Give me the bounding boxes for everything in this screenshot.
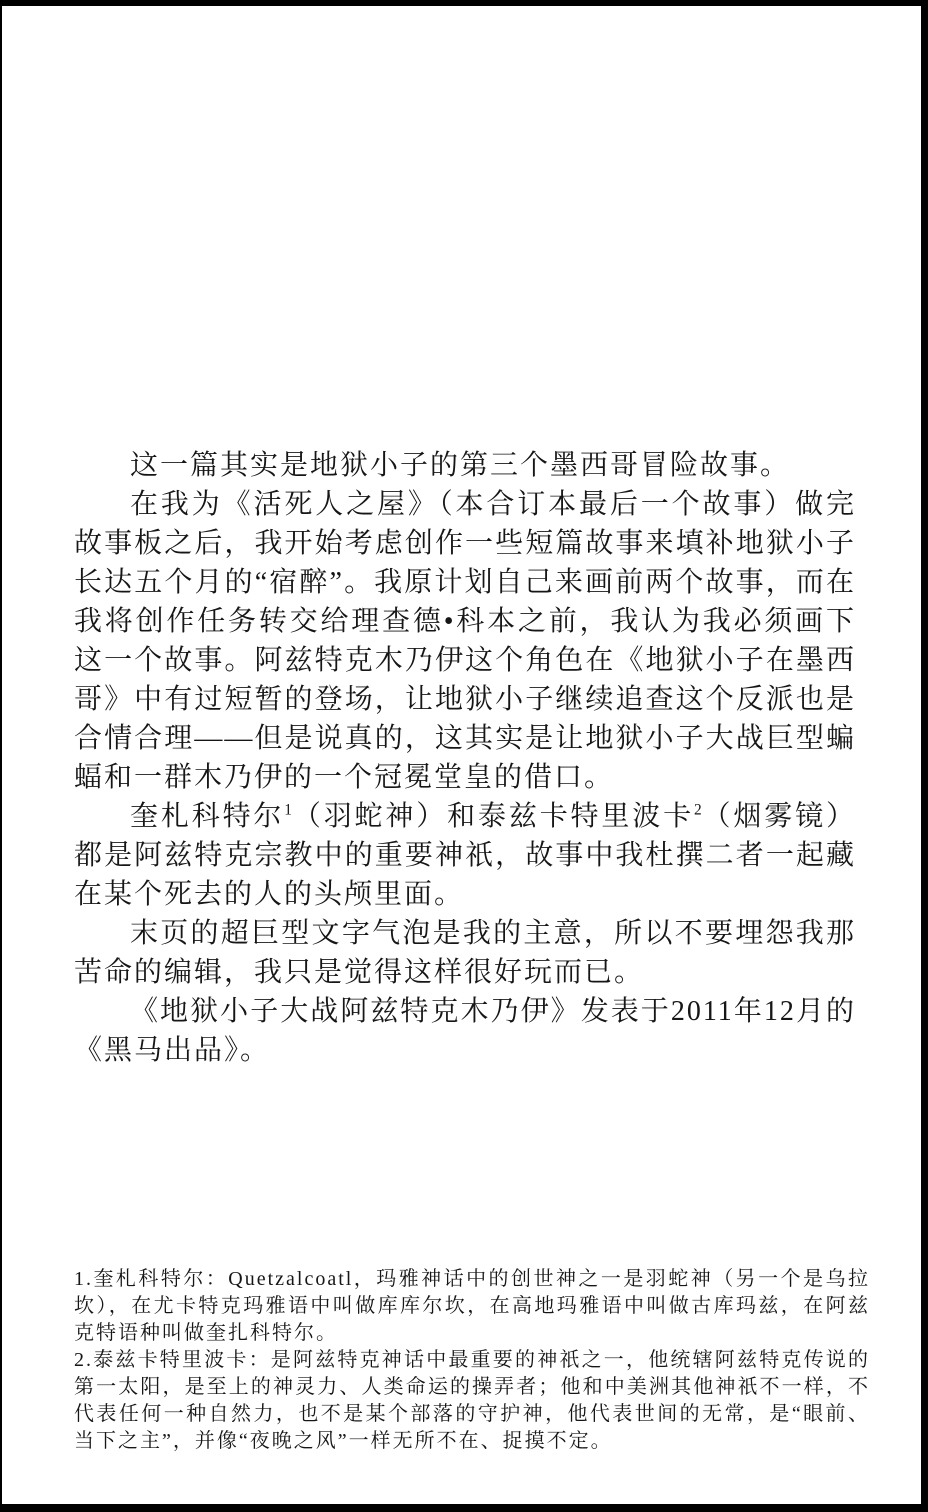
paragraph-3: 奎札科特尔1（羽蛇神）和泰兹卡特里波卡2（烟雾镜）都是阿兹特克宗教中的重要神祇，… xyxy=(74,797,856,914)
footnote-ref-1: 1 xyxy=(284,802,292,819)
paragraph-3-text: （羽蛇神）和泰兹卡特里波卡 xyxy=(292,801,694,832)
footnotes-block: 1.奎札科特尔：Quetzalcoatl，玛雅神话中的创世神之一是羽蛇神（另一个… xyxy=(74,1266,870,1455)
paragraph-5: 《地狱小子大战阿兹特克木乃伊》发表于2011年12月的《黑马出品》。 xyxy=(74,992,856,1070)
footnote-1: 1.奎札科特尔：Quetzalcoatl，玛雅神话中的创世神之一是羽蛇神（另一个… xyxy=(74,1266,870,1347)
page-frame-top xyxy=(0,0,928,6)
page-frame-bottom xyxy=(0,1504,928,1512)
afterword-text-block: 这一篇其实是地狱小子的第三个墨西哥冒险故事。 在我为《活死人之屋》（本合订本最后… xyxy=(74,446,856,1070)
page-frame-left xyxy=(0,0,2,1512)
page-frame-right xyxy=(921,0,928,1512)
paragraph-4: 末页的超巨型文字气泡是我的主意，所以不要埋怨我那苦命的编辑，我只是觉得这样很好玩… xyxy=(74,914,856,992)
book-page: { "page": { "background_color": "#ffffff… xyxy=(0,0,928,1512)
paragraph-2: 在我为《活死人之屋》（本合订本最后一个故事）做完故事板之后，我开始考虑创作一些短… xyxy=(74,485,856,797)
paragraph-3-text: 奎札科特尔 xyxy=(130,801,284,832)
paragraph-1: 这一篇其实是地狱小子的第三个墨西哥冒险故事。 xyxy=(74,446,856,485)
footnote-2: 2.泰兹卡特里波卡：是阿兹特克神话中最重要的神祇之一，他统辖阿兹特克传说的第一太… xyxy=(74,1347,870,1455)
footnote-ref-2: 2 xyxy=(694,802,702,819)
